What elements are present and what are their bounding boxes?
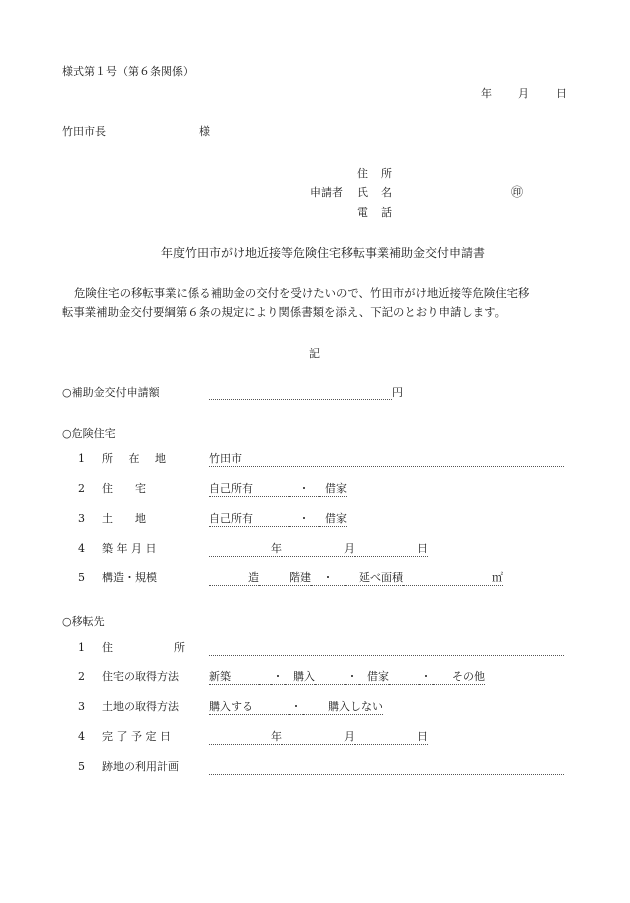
- separator: ・: [311, 572, 345, 586]
- item-number: 1: [78, 453, 85, 464]
- rl-house-option-buy[interactable]: 購入: [285, 671, 315, 685]
- dh-structure-type-field[interactable]: 造: [209, 572, 259, 586]
- dh-built-month-field[interactable]: 月: [282, 543, 355, 557]
- applicant-name-label-a: 氏: [357, 187, 368, 198]
- dh-location-row: 1 所 在 地 竹田市: [0, 453, 630, 469]
- year-label: 年: [271, 542, 282, 555]
- rl-completion-month-field[interactable]: 月: [282, 731, 355, 745]
- dh-structure-label: 構造・規模: [102, 572, 157, 583]
- option-label: 借家: [325, 512, 347, 525]
- applicant-role-label: 申請者: [310, 187, 343, 198]
- separator: ・: [289, 483, 319, 497]
- rl-completion-day-field[interactable]: 日: [355, 731, 428, 745]
- item-number: 4: [78, 731, 85, 742]
- dh-area-label: 延べ面積: [345, 572, 403, 586]
- dh-location-label: 所 在 地: [102, 453, 172, 464]
- applicant-address-label-a: 住: [357, 168, 368, 179]
- dh-floors-field[interactable]: 階建: [259, 572, 311, 586]
- date-year-label: 年: [481, 88, 492, 99]
- grant-amount-heading: ○補助金交付申請額: [62, 387, 160, 398]
- applicant-phone-label-b: 話: [381, 207, 392, 218]
- location-prefix: 竹田市: [209, 452, 242, 465]
- option-label: 自己所有: [209, 482, 253, 495]
- rl-land-method-label: 土地の取得方法: [102, 701, 179, 712]
- dh-land-label: 土 地: [102, 513, 146, 524]
- rl-completion-date-label: 完 了 予 定 日: [102, 731, 171, 742]
- month-label: 月: [344, 542, 355, 555]
- floors-suffix: 階建: [289, 571, 311, 584]
- dh-land-row: 3 土 地 自己所有 ・ 借家: [0, 513, 630, 529]
- rl-completion-date-row: 4 完 了 予 定 日 年 月 日: [0, 731, 630, 747]
- date-day-label: 日: [556, 88, 567, 99]
- area-label: 延べ面積: [359, 571, 403, 584]
- separator: ・: [345, 671, 359, 685]
- option-label: 新築: [209, 670, 231, 683]
- dangerous-house-heading: ○危険住宅: [62, 428, 116, 439]
- relocation-heading: ○移転先: [62, 616, 105, 627]
- dotted-fill: [259, 671, 271, 685]
- applicant-phone-label-a: 電: [357, 207, 368, 218]
- dh-house-option-rent[interactable]: 借家: [319, 483, 347, 497]
- rl-house-option-new[interactable]: 新築: [209, 671, 259, 685]
- separator: ・: [271, 671, 285, 685]
- item-number: 2: [78, 671, 85, 682]
- rl-house-method-row: 2 住宅の取得方法 新築 ・ 購入 ・ 借家 ・ その他: [0, 671, 630, 687]
- grant-amount-unit: 円: [392, 387, 403, 400]
- addressee: 竹田市長: [62, 126, 106, 137]
- year-label: 年: [271, 730, 282, 743]
- option-label: 購入しない: [328, 700, 383, 713]
- option-label: その他: [452, 670, 485, 683]
- dotted-fill: [389, 671, 419, 685]
- dh-land-option-own[interactable]: 自己所有: [209, 513, 289, 527]
- dh-house-row: 2 住 宅 自己所有 ・ 借家: [0, 483, 630, 499]
- rl-land-use-field[interactable]: [209, 761, 564, 775]
- option-label: 借家: [325, 482, 347, 495]
- dh-land-option-rent[interactable]: 借家: [319, 513, 347, 527]
- item-number: 2: [78, 483, 85, 494]
- structure-suffix: 造: [248, 571, 259, 584]
- seal-mark-icon: ㊞: [511, 186, 523, 198]
- month-label: 月: [344, 730, 355, 743]
- rl-land-method-row: 3 土地の取得方法 購入する ・ 購入しない: [0, 701, 630, 717]
- applicant-name-label-b: 名: [381, 187, 392, 198]
- document-title: 年度竹田市がけ地近接等危険住宅移転事業補助金交付申請書: [161, 247, 485, 259]
- rl-address-label-b: 所: [174, 642, 185, 653]
- rl-house-option-rent[interactable]: 借家: [359, 671, 389, 685]
- ki-label: 記: [309, 348, 320, 359]
- rl-address-field[interactable]: [209, 642, 564, 656]
- dh-house-label: 住 宅: [102, 483, 146, 494]
- day-label: 日: [417, 542, 428, 555]
- dotted-fill: [315, 671, 345, 685]
- dh-built-date-row: 4 築 年 月 日 年 月 日: [0, 543, 630, 559]
- dh-structure-row: 5 構造・規模 造 階建 ・ 延べ面積 ㎡: [0, 572, 630, 588]
- rl-land-use-label: 跡地の利用計画: [102, 761, 179, 772]
- rl-land-option-buy[interactable]: 購入する: [209, 701, 289, 715]
- separator: ・: [419, 671, 433, 685]
- rl-address-row: 1 住 所: [0, 642, 630, 658]
- dh-location-field[interactable]: 竹田市: [209, 453, 564, 467]
- option-label: 購入: [293, 670, 315, 683]
- separator: ・: [289, 513, 319, 527]
- rl-house-option-other[interactable]: その他: [433, 671, 485, 685]
- option-label: 借家: [367, 670, 389, 683]
- grant-amount-field[interactable]: [209, 386, 392, 400]
- date-month-label: 月: [518, 88, 529, 99]
- area-unit: ㎡: [492, 571, 503, 584]
- dh-built-date-label: 築 年 月 日: [102, 543, 157, 554]
- rl-land-option-not-buy[interactable]: 購入しない: [303, 701, 383, 715]
- item-number: 4: [78, 543, 85, 554]
- dh-built-year-field[interactable]: 年: [209, 543, 282, 557]
- item-number: 3: [78, 513, 85, 524]
- day-label: 日: [417, 730, 428, 743]
- rl-completion-year-field[interactable]: 年: [209, 731, 282, 745]
- separator: ・: [289, 701, 303, 715]
- item-number: 5: [78, 572, 85, 583]
- dh-built-day-field[interactable]: 日: [355, 543, 428, 557]
- item-number: 3: [78, 701, 85, 712]
- item-number: 5: [78, 761, 85, 772]
- rl-house-method-label: 住宅の取得方法: [102, 671, 179, 682]
- body-line-2: 転事業補助金交付要綱第６条の規定により関係書類を添え、下記のとおり申請します。: [62, 307, 506, 318]
- applicant-address-label-b: 所: [381, 168, 392, 179]
- option-label: 自己所有: [209, 512, 253, 525]
- form-number: 様式第１号（第６条関係）: [62, 66, 194, 77]
- item-number: 1: [78, 642, 85, 653]
- dh-house-option-own[interactable]: 自己所有: [209, 483, 289, 497]
- honorific: 様: [199, 126, 210, 137]
- rl-address-label-a: 住: [102, 642, 113, 653]
- body-line-1: 危険住宅の移転事業に係る補助金の交付を受けたいので、竹田市がけ地近接等危険住宅移: [74, 288, 529, 299]
- rl-land-use-row: 5 跡地の利用計画: [0, 761, 630, 777]
- dh-area-field[interactable]: ㎡: [403, 572, 503, 586]
- option-label: 購入する: [209, 700, 253, 713]
